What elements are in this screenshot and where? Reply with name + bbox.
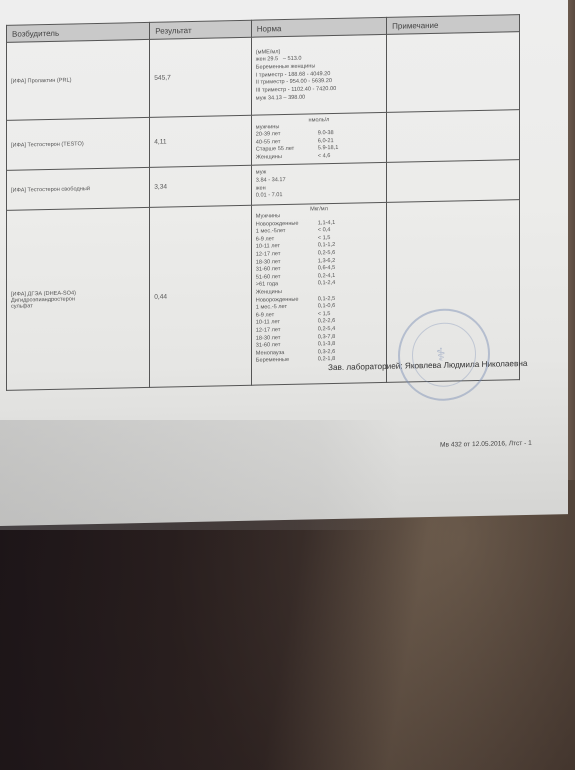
test-note	[387, 160, 520, 203]
norm-group: Женщины	[256, 153, 318, 162]
norm-line: 0.01 - 7.01	[256, 190, 382, 200]
norm-range: < 4,6	[318, 152, 382, 161]
test-name: [ИФА] Тестостерон свободный	[7, 167, 150, 210]
test-name: [ИФА] Тестостерон (TESTO)	[7, 117, 150, 170]
test-result: 0,44	[150, 205, 252, 387]
norm-line: муж 34.13 – 398.00	[256, 93, 382, 103]
test-norm: (мМЕ/мл) жен 29.5 – 513.0 Беременные жен…	[251, 34, 386, 115]
norm-table: МужчиныНоворожденные1,1-4,11 мес.-5лет< …	[256, 211, 382, 366]
shadow-overlay	[0, 420, 400, 530]
test-norm: муж 3.84 - 34.17 жен 0.01 - 7.01	[251, 162, 386, 205]
lab-stamp: ⚕	[398, 308, 490, 402]
test-result: 4,11	[150, 115, 252, 167]
norm-table: мужчины20-39 лет9.0-3840-55 лет6,0-21Ста…	[256, 122, 382, 163]
norm-group: Беременные	[256, 357, 318, 366]
test-norm: нмоль/л мужчины20-39 лет9.0-3840-55 лет6…	[251, 112, 386, 165]
header-result: Результат	[150, 20, 252, 39]
caduceus-icon: ⚕	[436, 345, 446, 366]
document-footer: Мв 432 от 12.05.2016, Лтст - 1	[440, 440, 532, 449]
test-note	[387, 32, 520, 113]
test-name: [ИФА] ДГЭА (DHEA-SO4) Дигидроэпиандросте…	[7, 207, 150, 390]
test-result: 3,34	[150, 165, 252, 207]
table-row-prolactin: [ИФА] Пролактин (PRL) 545,7 (мМЕ/мл) жен…	[7, 32, 520, 121]
test-norm: Мкг/мл МужчиныНоворожденные1,1-4,11 мес.…	[251, 202, 386, 385]
test-note	[387, 110, 520, 163]
test-result: 545,7	[150, 37, 252, 117]
test-name: [ИФА] Пролактин (PRL)	[7, 39, 150, 120]
